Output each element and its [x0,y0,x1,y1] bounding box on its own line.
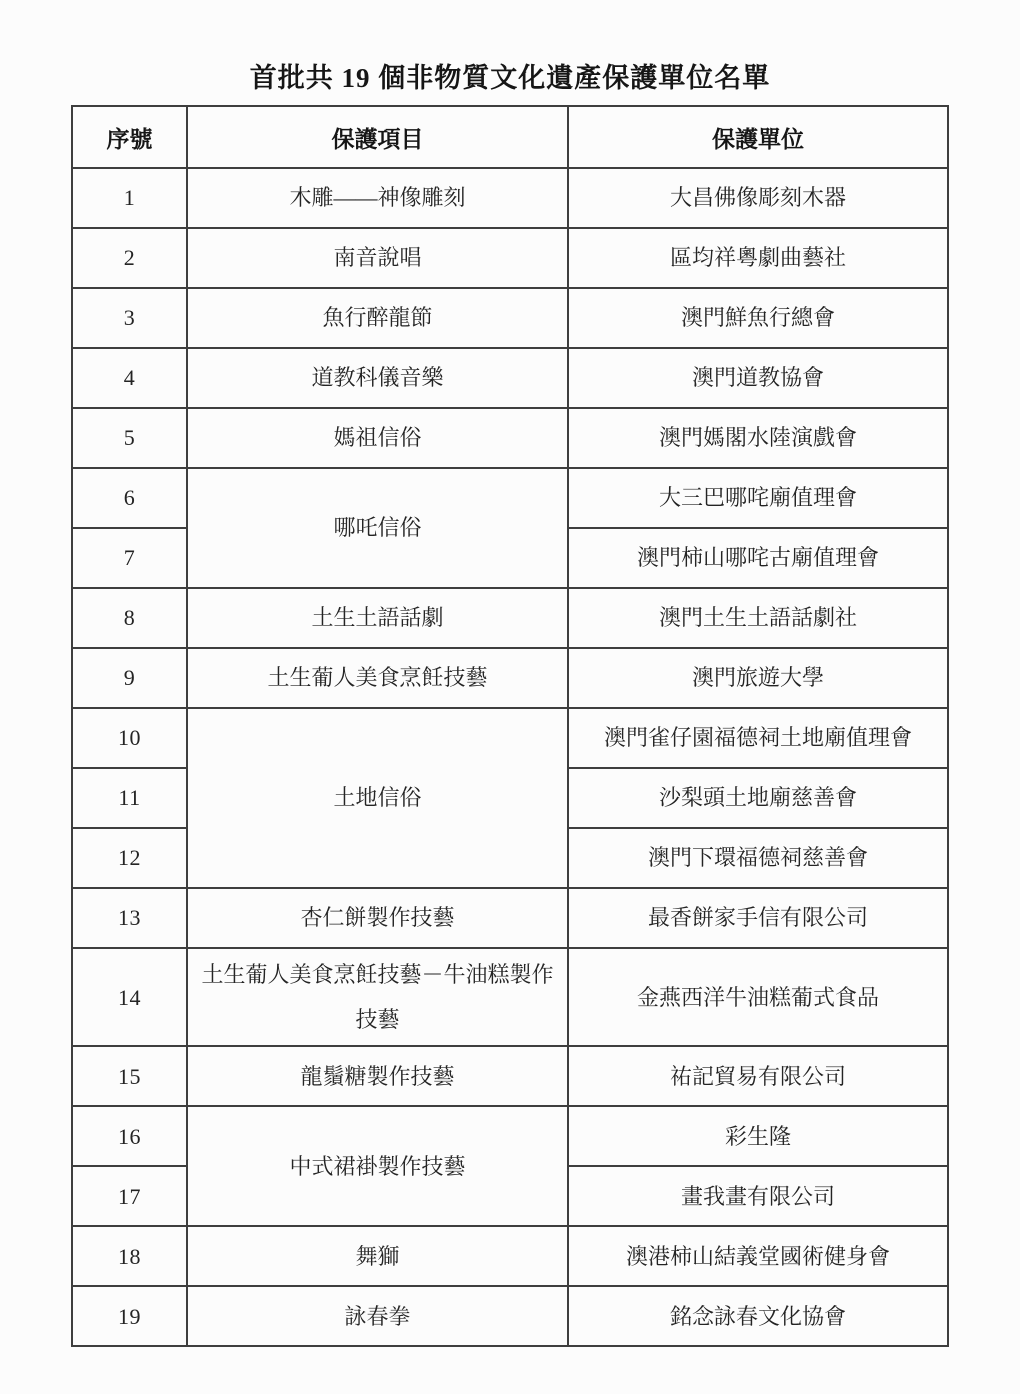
protected-item-cell: 木雕——神像雕刻 [187,168,568,228]
protection-unit-cell: 沙梨頭土地廟慈善會 [568,768,948,828]
serial-number-cell: 4 [72,348,187,408]
document-page: 首批共 19 個非物質文化遺產保護單位名單 序號 保護項目 保護單位 1木雕——… [0,0,1020,1394]
protection-unit-cell: 祐記貿易有限公司 [568,1046,948,1106]
protected-item-cell: 中式裙褂製作技藝 [187,1106,568,1226]
protection-unit-cell: 最香餅家手信有限公司 [568,888,948,948]
serial-number-cell: 14 [72,948,187,1046]
header-protected-item: 保護項目 [187,106,568,168]
serial-number-cell: 8 [72,588,187,648]
protected-item-cell: 杏仁餅製作技藝 [187,888,568,948]
protected-item-cell: 詠春拳 [187,1286,568,1346]
protection-unit-cell: 彩生隆 [568,1106,948,1166]
protection-unit-cell: 澳門柿山哪咤古廟值理會 [568,528,948,588]
serial-number-cell: 1 [72,168,187,228]
protected-item-cell: 南音說唱 [187,228,568,288]
serial-number-cell: 15 [72,1046,187,1106]
protected-item-cell: 魚行醉龍節 [187,288,568,348]
protection-unit-cell: 大昌佛像彫刻木器 [568,168,948,228]
protection-unit-cell: 畫我畫有限公司 [568,1166,948,1226]
serial-number-cell: 13 [72,888,187,948]
protection-unit-cell: 澳港柿山結義堂國術健身會 [568,1226,948,1286]
protection-unit-cell: 澳門雀仔園福德祠土地廟值理會 [568,708,948,768]
protected-item-cell: 土生葡人美食烹飪技藝 [187,648,568,708]
table-row: 19詠春拳銘念詠春文化協會 [72,1286,948,1346]
protected-item-cell: 道教科儀音樂 [187,348,568,408]
serial-number-cell: 3 [72,288,187,348]
table-row: 13杏仁餅製作技藝最香餅家手信有限公司 [72,888,948,948]
protection-unit-cell: 澳門下環福德祠慈善會 [568,828,948,888]
table-row: 5媽祖信俗澳門媽閣水陸演戲會 [72,408,948,468]
page-title: 首批共 19 個非物質文化遺產保護單位名單 [0,0,1020,105]
serial-number-cell: 9 [72,648,187,708]
serial-number-cell: 2 [72,228,187,288]
protection-unit-cell: 金燕西洋牛油糕葡式食品 [568,948,948,1046]
table-body: 1木雕——神像雕刻大昌佛像彫刻木器2南音說唱區均祥粵劇曲藝社3魚行醉龍節澳門鮮魚… [72,168,948,1346]
serial-number-cell: 12 [72,828,187,888]
protected-item-cell: 土生土語話劇 [187,588,568,648]
protection-unit-cell: 銘念詠春文化協會 [568,1286,948,1346]
protection-unit-cell: 區均祥粵劇曲藝社 [568,228,948,288]
header-protection-unit: 保護單位 [568,106,948,168]
protected-item-cell: 土生葡人美食烹飪技藝－牛油糕製作技藝 [187,948,568,1046]
protected-item-cell: 哪吒信俗 [187,468,568,588]
serial-number-cell: 10 [72,708,187,768]
protection-unit-cell: 澳門旅遊大學 [568,648,948,708]
table-header-row: 序號 保護項目 保護單位 [72,106,948,168]
table-row: 10土地信俗澳門雀仔園福德祠土地廟值理會 [72,708,948,768]
protection-unit-cell: 澳門土生土語話劇社 [568,588,948,648]
header-serial-number: 序號 [72,106,187,168]
heritage-table: 序號 保護項目 保護單位 1木雕——神像雕刻大昌佛像彫刻木器2南音說唱區均祥粵劇… [71,105,949,1347]
protected-item-cell: 土地信俗 [187,708,568,888]
table-row: 4道教科儀音樂澳門道教協會 [72,348,948,408]
protection-unit-cell: 大三巴哪咤廟值理會 [568,468,948,528]
protection-unit-cell: 澳門道教協會 [568,348,948,408]
table-row: 16中式裙褂製作技藝彩生隆 [72,1106,948,1166]
protected-item-cell: 龍鬚糖製作技藝 [187,1046,568,1106]
protected-item-cell: 媽祖信俗 [187,408,568,468]
table-row: 6哪吒信俗大三巴哪咤廟值理會 [72,468,948,528]
serial-number-cell: 11 [72,768,187,828]
table-row: 8土生土語話劇澳門土生土語話劇社 [72,588,948,648]
protected-item-cell: 舞獅 [187,1226,568,1286]
serial-number-cell: 18 [72,1226,187,1286]
protection-unit-cell: 澳門鮮魚行總會 [568,288,948,348]
serial-number-cell: 7 [72,528,187,588]
serial-number-cell: 17 [72,1166,187,1226]
serial-number-cell: 16 [72,1106,187,1166]
table-row: 1木雕——神像雕刻大昌佛像彫刻木器 [72,168,948,228]
table-row: 15龍鬚糖製作技藝祐記貿易有限公司 [72,1046,948,1106]
serial-number-cell: 5 [72,408,187,468]
protection-unit-cell: 澳門媽閣水陸演戲會 [568,408,948,468]
table-row: 3魚行醉龍節澳門鮮魚行總會 [72,288,948,348]
table-row: 14土生葡人美食烹飪技藝－牛油糕製作技藝金燕西洋牛油糕葡式食品 [72,948,948,1046]
table-row: 18舞獅澳港柿山結義堂國術健身會 [72,1226,948,1286]
table-row: 9土生葡人美食烹飪技藝澳門旅遊大學 [72,648,948,708]
serial-number-cell: 19 [72,1286,187,1346]
table-row: 2南音說唱區均祥粵劇曲藝社 [72,228,948,288]
serial-number-cell: 6 [72,468,187,528]
